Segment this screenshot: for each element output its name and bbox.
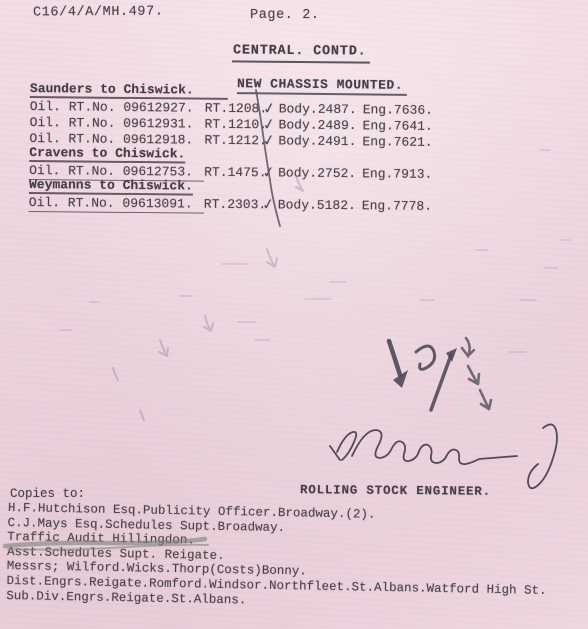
- cell-eng-number: Eng.7621.: [362, 134, 432, 151]
- section-title: CENTRAL. CONTD.: [232, 43, 370, 63]
- cell-body-number: Body.2491.: [278, 133, 362, 150]
- cell-body-number: Body.5182.: [278, 197, 362, 214]
- cell-eng-number: Eng.7913.: [362, 166, 432, 183]
- cell-eng-number: Eng.7636.: [363, 102, 433, 119]
- group-header-label: Cravens to Chiswick.: [29, 146, 185, 163]
- page-number: Page. 2.: [250, 8, 320, 23]
- cell-oil-rt-no: Oil. RT.No. 09612927.: [30, 99, 205, 117]
- record-table: Saunders to Chiswick.Oil. RT.No. 0961292…: [29, 81, 480, 213]
- copies-heading: Copies to:: [10, 487, 85, 501]
- scanned-memo-page: C16/4/A/MH.497. Page. 2. CENTRAL. CONTD.…: [0, 0, 588, 629]
- table-row: Oil. RT.No. 09612927.RT.1208.✓Body.2487.…: [30, 97, 480, 117]
- cell-body-number: Body.2487.: [279, 101, 363, 118]
- table-row: Oil. RT.No. 09613091.RT.2303.✓Body.5182.…: [29, 193, 479, 213]
- group-header-label: Weymanns to Chiswick.: [29, 178, 193, 196]
- group-header-label: Saunders to Chiswick.: [30, 82, 228, 100]
- tick-mark: ✓: [261, 195, 275, 213]
- cell-body-number: Body.2489.: [279, 117, 363, 134]
- cell-oil-rt-no: Oil. RT.No. 09613091.: [29, 195, 204, 214]
- cell-body-number: Body.2752.: [278, 165, 362, 182]
- tick-mark: ✓: [261, 163, 275, 181]
- cell-rt-number: RT.1212.: [204, 133, 266, 150]
- signature: [330, 424, 557, 488]
- cell-oil-rt-no: Oil. RT.No. 09612931.: [30, 115, 205, 133]
- copies-list: H.F.Hutchison Esq.Publicity Officer.Broa…: [6, 501, 586, 614]
- tick-mark: ✓: [261, 131, 275, 149]
- pen-vg-mark: [389, 341, 457, 410]
- cell-rt-number: RT.1210.: [205, 117, 267, 134]
- cell-rt-number: RT.1208.: [205, 101, 267, 118]
- cell-rt-number: RT.2303.: [204, 197, 266, 214]
- pen-arrow-marks: [462, 338, 491, 409]
- signature-title: ROLLING STOCK ENGINEER.: [300, 483, 491, 499]
- reference-number: C16/4/A/MH.497.: [33, 5, 164, 21]
- cell-eng-number: Eng.7778.: [362, 198, 432, 215]
- cell-rt-number: RT.1475.: [204, 165, 266, 182]
- cell-eng-number: Eng.7641.: [363, 118, 433, 135]
